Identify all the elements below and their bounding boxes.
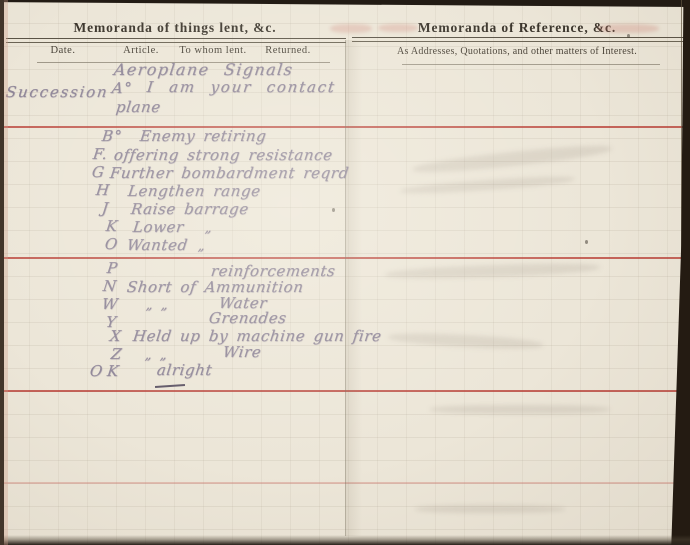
signal-code: P: [106, 259, 119, 277]
signal-code: J: [101, 199, 110, 217]
signal-text: Lower: [132, 218, 185, 236]
bleed-through-smudge: [400, 174, 575, 196]
signal-text: Enemy retiring: [139, 127, 268, 145]
bleed-through-stamp: [330, 24, 372, 33]
signal-text: Raise barrage: [130, 200, 250, 218]
ditto-mark: „ „: [145, 298, 169, 313]
notebook-scan-page: Memoranda of things lent, &c. Date. Arti…: [0, 0, 690, 545]
signals-margin-note: Succession: [5, 83, 110, 101]
left-header-double-rule: [6, 38, 346, 43]
column-header-date: Date.: [51, 45, 76, 56]
bleed-through-smudge: [385, 261, 600, 280]
signals-heading: Aeroplane Signals: [113, 60, 295, 79]
signal-text: Lengthen range: [127, 182, 262, 200]
signal-code: OK: [89, 362, 125, 380]
signal-code: G: [91, 163, 106, 181]
signal-code: A°: [111, 79, 134, 97]
signal-text: plane: [115, 98, 162, 116]
signal-code: X: [109, 327, 123, 345]
signal-code: F.: [92, 145, 109, 163]
ditto-mark: „: [204, 221, 213, 236]
bleed-through-smudge: [430, 405, 610, 414]
column-header-returned: Returned.: [265, 45, 311, 56]
signal-text: Wire: [222, 343, 263, 361]
ink-speck: [627, 34, 630, 38]
signal-code: H: [95, 181, 111, 199]
right-page-title: Memoranda of Reference, &c.: [418, 20, 616, 36]
signal-text: offering strong resistance: [113, 146, 334, 164]
left-page-title: Memoranda of things lent, &c.: [73, 20, 276, 36]
column-header-article: Article.: [123, 45, 159, 56]
book-edge-bottom: [0, 535, 690, 545]
book-edge-top: [0, 0, 690, 7]
bleed-through-smudge: [412, 142, 612, 177]
signal-text: Further bombardment reqrd: [109, 164, 350, 182]
ink-speck: [585, 240, 588, 244]
signal-text: Wanted: [126, 236, 189, 254]
ink-speck: [332, 208, 335, 212]
bleed-through-smudge: [415, 505, 565, 513]
gutter-line: [345, 40, 346, 536]
bleed-through-stamp: [378, 24, 418, 32]
gutter-shadow: [346, 40, 362, 536]
bleed-through-smudge: [388, 331, 543, 351]
signal-code: W: [101, 295, 120, 313]
ditto-mark: „: [197, 239, 206, 254]
book-edge-left-tint: [4, 0, 8, 545]
signal-text: Short of Ammunition: [126, 278, 305, 296]
signal-code: Z: [110, 345, 124, 363]
right-page-subtitle: As Addresses, Quotations, and other matt…: [397, 46, 637, 57]
signal-code: O: [104, 235, 120, 253]
alright-underline: [155, 384, 185, 388]
column-header-to-whom-lent: To whom lent.: [179, 45, 246, 56]
signal-code: N: [102, 277, 118, 295]
signal-code: K: [105, 217, 119, 235]
right-header-double-rule: [352, 37, 684, 42]
signal-text: alright: [156, 361, 213, 379]
signal-text: Grenades: [208, 309, 288, 327]
right-subtitle-underline: [402, 64, 660, 65]
signal-code: B°: [101, 127, 124, 145]
book-edge-right: [668, 0, 690, 545]
signal-text: I am your contact: [146, 78, 337, 96]
